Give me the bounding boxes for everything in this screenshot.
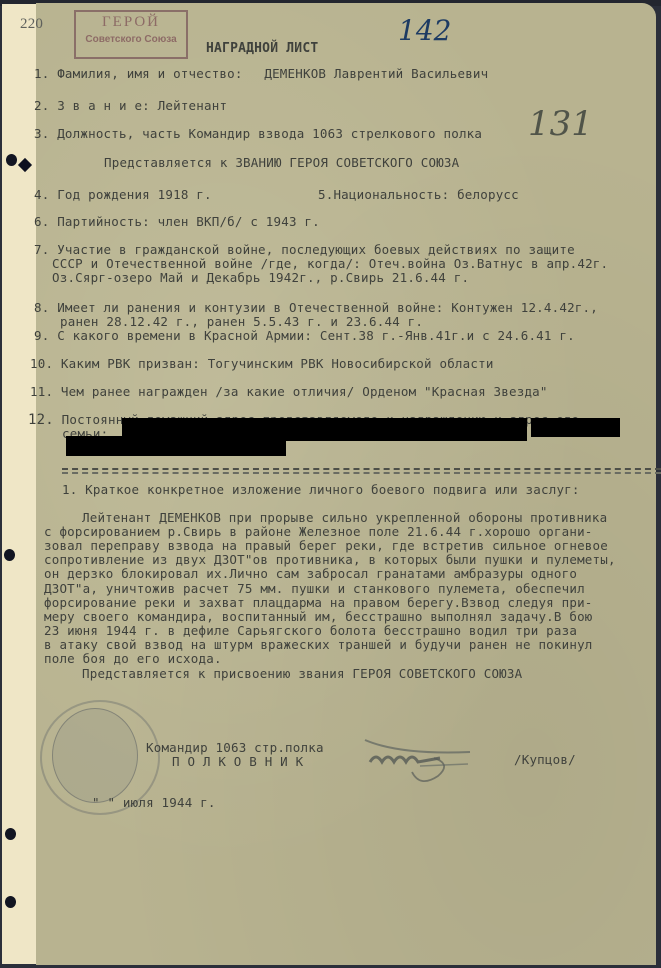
field-9: 9. С какого времени в Красной Армии: Сен… [34,328,575,343]
document-title: НАГРАДНОЙ ЛИСТ [206,41,318,56]
narrative-line: он дерзко блокировал их.Лично сам заброс… [44,566,577,581]
birth-year: 1918 г. [158,187,212,202]
narrative-line: меру своего командира, воспитанный им, б… [44,609,593,624]
field-6: 6. Партийность: член ВКП/б/ с 1943 г. [34,214,320,229]
field-7-line-1: 7. Участие в гражданской войне, последую… [34,242,575,257]
handwritten-mark: 131 [528,104,593,144]
punch-hole-icon [6,154,17,166]
section-divider [62,468,661,474]
field-8-line-1: 8. Имеет ли ранения и контузии в Отечест… [34,300,598,315]
narrative-line: 23 июня 1944 г. в дефиле Сарьягского бол… [44,623,577,638]
field-1: 1. Фамилия, имя и отчество: ДЕМЕНКОВ Лав… [34,66,488,81]
date-line: " " июля 1944 г. [92,795,216,810]
field-2: 2. З в а н и е: Лейтенант [34,98,227,113]
hero-stamp: ГЕРОЙ Советского Союза [74,10,188,59]
redaction-bar [531,418,620,437]
signature-icon [360,730,475,790]
punch-hole-icon [5,828,16,840]
field-8-line-2: ранен 28.12.42 г., ранен 5.5.43 г. и 23.… [60,314,423,329]
nationality: белорусс [457,187,519,202]
narrative-line: ДЗОТ"а, уничтожив расчет 75 мм. пушки и … [44,581,585,596]
handwritten-page-number: 142 [398,14,451,47]
narrative-line: с форсированием р.Свирь в районе Железно… [44,524,593,539]
field-4: 4. Год рождения 1918 г. [34,187,212,202]
field-10: 10. Каким РВК призван: Тогучинским РВК Н… [30,356,494,371]
rank: Лейтенант [158,98,228,113]
narrative-line: Лейтенант ДЕМЕНКОВ при прорыве сильно ук… [82,510,607,525]
redaction-bar [66,436,286,456]
archive-number: 220 [20,16,43,33]
field-7-line-2: СССР и Отечественной войне /где, когда/:… [52,256,608,271]
narrative-line: форсирование реки и захват плацдарма на … [44,595,593,610]
punch-hole-icon [5,896,16,908]
field-3: 3. Должность, часть Командир взвода 1063… [34,126,482,141]
full-name: ДЕМЕНКОВ Лаврентий Васильевич [264,66,488,81]
party-membership: член ВКП/б/ с 1943 г. [158,214,320,229]
narrative-line: зовал переправу взвода на правый берег р… [44,538,608,553]
binding-margin-strip [2,4,37,964]
field-11: 11. Чем ранее награжден /за какие отличи… [30,384,548,399]
signatory-position: Командир 1063 стр.полка [146,740,324,755]
nomination-line: Представляется к ЗВАНИЮ ГЕРОЯ СОВЕТСКОГО… [104,155,459,170]
round-seal-inner [52,708,138,803]
stamp-line-2: Советского Союза [76,34,186,45]
narrative-line: в атаку свой взвод на штурм вражеских тр… [44,637,593,652]
signatory-name: /Купцов/ [514,752,576,767]
section-1-heading: 1. Краткое конкретное изложение личного … [62,482,580,497]
field-7-line-3: Оз.Сярг-озеро Май и Декабрь 1942г., р.Св… [52,270,469,285]
signatory-rank: П О Л К О В Н И К [172,754,303,769]
position: Командир взвода 1063 стрелкового полка [189,126,483,141]
stamp-line-1: ГЕРОЙ [76,14,186,31]
punch-hole-icon [4,549,15,561]
field-5: 5.Национальность: белорусс [318,187,519,202]
narrative-line: поле боя до его исхода. [44,651,222,666]
narrative-line: сопротивление из двух ДЗОТ"ов противника… [44,552,616,567]
conclusion-line: Представляется к присвоению звания ГЕРОЯ… [82,666,522,681]
